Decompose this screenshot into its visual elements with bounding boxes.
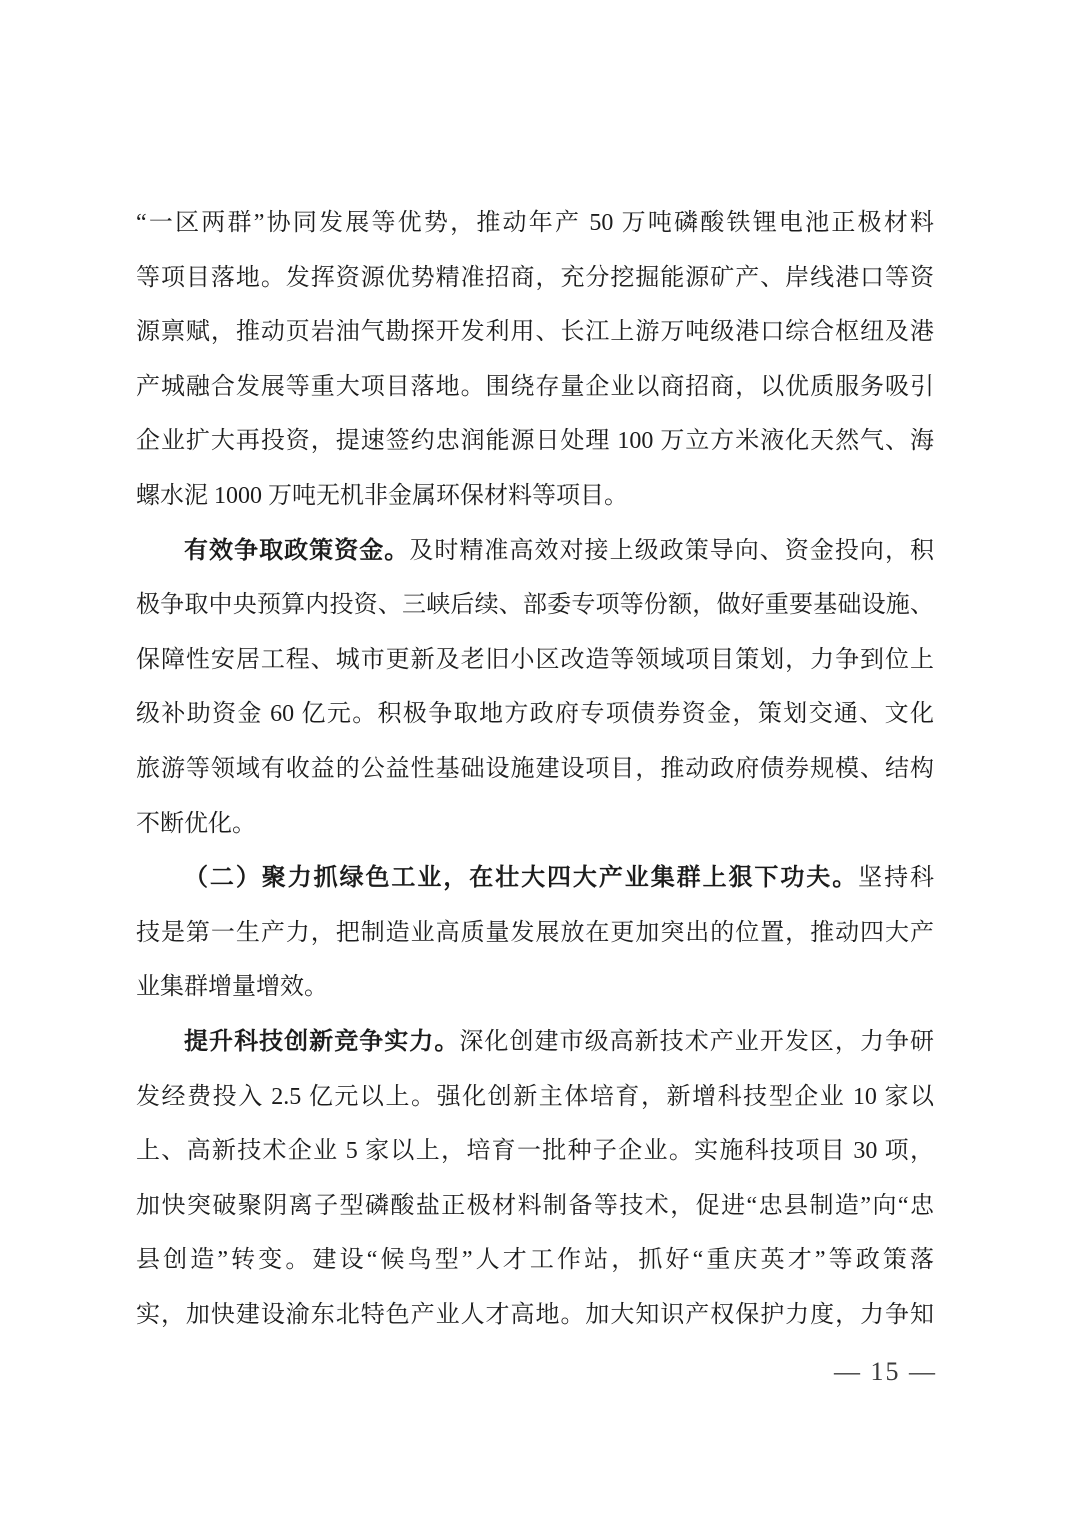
text-segment: 上、高新技术企业 5 家以上，培育一批种子企业。实施科技项目 30 项， (136, 1138, 934, 1164)
text-line: 源禀赋，推动页岩油气勘探开发利用、长江上游万吨级港口综合枢纽及港 (136, 305, 934, 360)
text-segment: 业集群增量增效。 (136, 974, 328, 1000)
text-segment: 深化创建市级高新技术产业开发区，力争研 (459, 1029, 934, 1055)
text-line: 保障性安居工程、城市更新及老旧小区改造等领域项目策划，力争到位上 (136, 633, 934, 688)
text-line: 技是第一生产力，把制造业高质量发展放在更加突出的位置，推动四大产 (136, 906, 934, 961)
text-line: 企业扩大再投资，提速签约忠润能源日处理 100 万立方米液化天然气、海 (136, 414, 934, 469)
text-segment: 螺水泥 1000 万吨无机非金属环保材料等项目。 (136, 483, 628, 509)
text-segment: 不断优化。 (136, 811, 256, 837)
text-segment: 实，加快建设渝东北特色产业人才高地。加大知识产权保护力度，力争知 (136, 1302, 934, 1328)
text-line: 加快突破聚阴离子型磷酸盐正极材料制备等技术，促进“忠县制造”向“忠 (136, 1179, 934, 1234)
text-line: 县创造”转变。建设“候鸟型”人才工作站，抓好“重庆英才”等政策落 (136, 1233, 934, 1288)
text-line: “一区两群”协同发展等优势，推动年产 50 万吨磷酸铁锂电池正极材料 (136, 196, 934, 251)
text-segment: 坚持科 (858, 865, 934, 891)
bold-heading-segment: （二）聚力抓绿色工业，在壮大四大产业集群上狠下功夫。 (184, 865, 858, 891)
bold-heading-segment: 有效争取政策资金。 (184, 538, 409, 564)
text-segment: 及时精准高效对接上级政策导向、资金投向，积 (409, 538, 934, 564)
text-segment: 等项目落地。发挥资源优势精准招商，充分挖掘能源矿产、岸线港口等资 (136, 265, 934, 291)
text-line: 业集群增量增效。 (136, 960, 934, 1015)
text-segment: 极争取中央预算内投资、三峡后续、部委专项等份额，做好重要基础设施、 (136, 592, 934, 618)
text-line: 上、高新技术企业 5 家以上，培育一批种子企业。实施科技项目 30 项， (136, 1124, 934, 1179)
text-segment: 技是第一生产力，把制造业高质量发展放在更加突出的位置，推动四大产 (136, 920, 934, 946)
text-segment: 县创造”转变。建设“候鸟型”人才工作站，抓好“重庆英才”等政策落 (136, 1247, 934, 1273)
text-segment: 保障性安居工程、城市更新及老旧小区改造等领域项目策划，力争到位上 (136, 647, 934, 673)
text-line: （二）聚力抓绿色工业，在壮大四大产业集群上狠下功夫。坚持科 (136, 851, 934, 906)
text-line: 实，加快建设渝东北特色产业人才高地。加大知识产权保护力度，力争知 (136, 1288, 934, 1343)
text-segment: 产城融合发展等重大项目落地。围绕存量企业以商招商，以优质服务吸引 (136, 374, 934, 400)
text-line: 产城融合发展等重大项目落地。围绕存量企业以商招商，以优质服务吸引 (136, 360, 934, 415)
text-line: 发经费投入 2.5 亿元以上。强化创新主体培育，新增科技型企业 10 家以 (136, 1070, 934, 1125)
text-line: 等项目落地。发挥资源优势精准招商，充分挖掘能源矿产、岸线港口等资 (136, 251, 934, 306)
text-segment: 发经费投入 2.5 亿元以上。强化创新主体培育，新增科技型企业 10 家以 (136, 1084, 934, 1110)
bold-heading-segment: 提升科技创新竞争实力。 (184, 1029, 459, 1055)
text-line: 提升科技创新竞争实力。深化创建市级高新技术产业开发区，力争研 (136, 1015, 934, 1070)
text-segment: 加快突破聚阴离子型磷酸盐正极材料制备等技术，促进“忠县制造”向“忠 (136, 1193, 934, 1219)
text-block: “一区两群”协同发展等优势，推动年产 50 万吨磷酸铁锂电池正极材料等项目落地。… (136, 196, 934, 1342)
text-segment: “一区两群”协同发展等优势，推动年产 50 万吨磷酸铁锂电池正极材料 (136, 210, 934, 236)
text-line: 有效争取政策资金。及时精准高效对接上级政策导向、资金投向，积 (136, 524, 934, 579)
text-line: 螺水泥 1000 万吨无机非金属环保材料等项目。 (136, 469, 934, 524)
text-line: 不断优化。 (136, 797, 934, 852)
document-page: “一区两群”协同发展等优势，推动年产 50 万吨磷酸铁锂电池正极材料等项目落地。… (0, 0, 1074, 1520)
text-line: 极争取中央预算内投资、三峡后续、部委专项等份额，做好重要基础设施、 (136, 578, 934, 633)
text-segment: 旅游等领域有收益的公益性基础设施建设项目，推动政府债券规模、结构 (136, 756, 934, 782)
text-segment: 企业扩大再投资，提速签约忠润能源日处理 100 万立方米液化天然气、海 (136, 428, 934, 454)
text-segment: 级补助资金 60 亿元。积极争取地方政府专项债券资金，策划交通、文化 (136, 701, 934, 727)
page-number: — 15 — (834, 1352, 937, 1392)
text-line: 旅游等领域有收益的公益性基础设施建设项目，推动政府债券规模、结构 (136, 742, 934, 797)
text-line: 级补助资金 60 亿元。积极争取地方政府专项债券资金，策划交通、文化 (136, 687, 934, 742)
text-segment: 源禀赋，推动页岩油气勘探开发利用、长江上游万吨级港口综合枢纽及港 (136, 319, 934, 345)
